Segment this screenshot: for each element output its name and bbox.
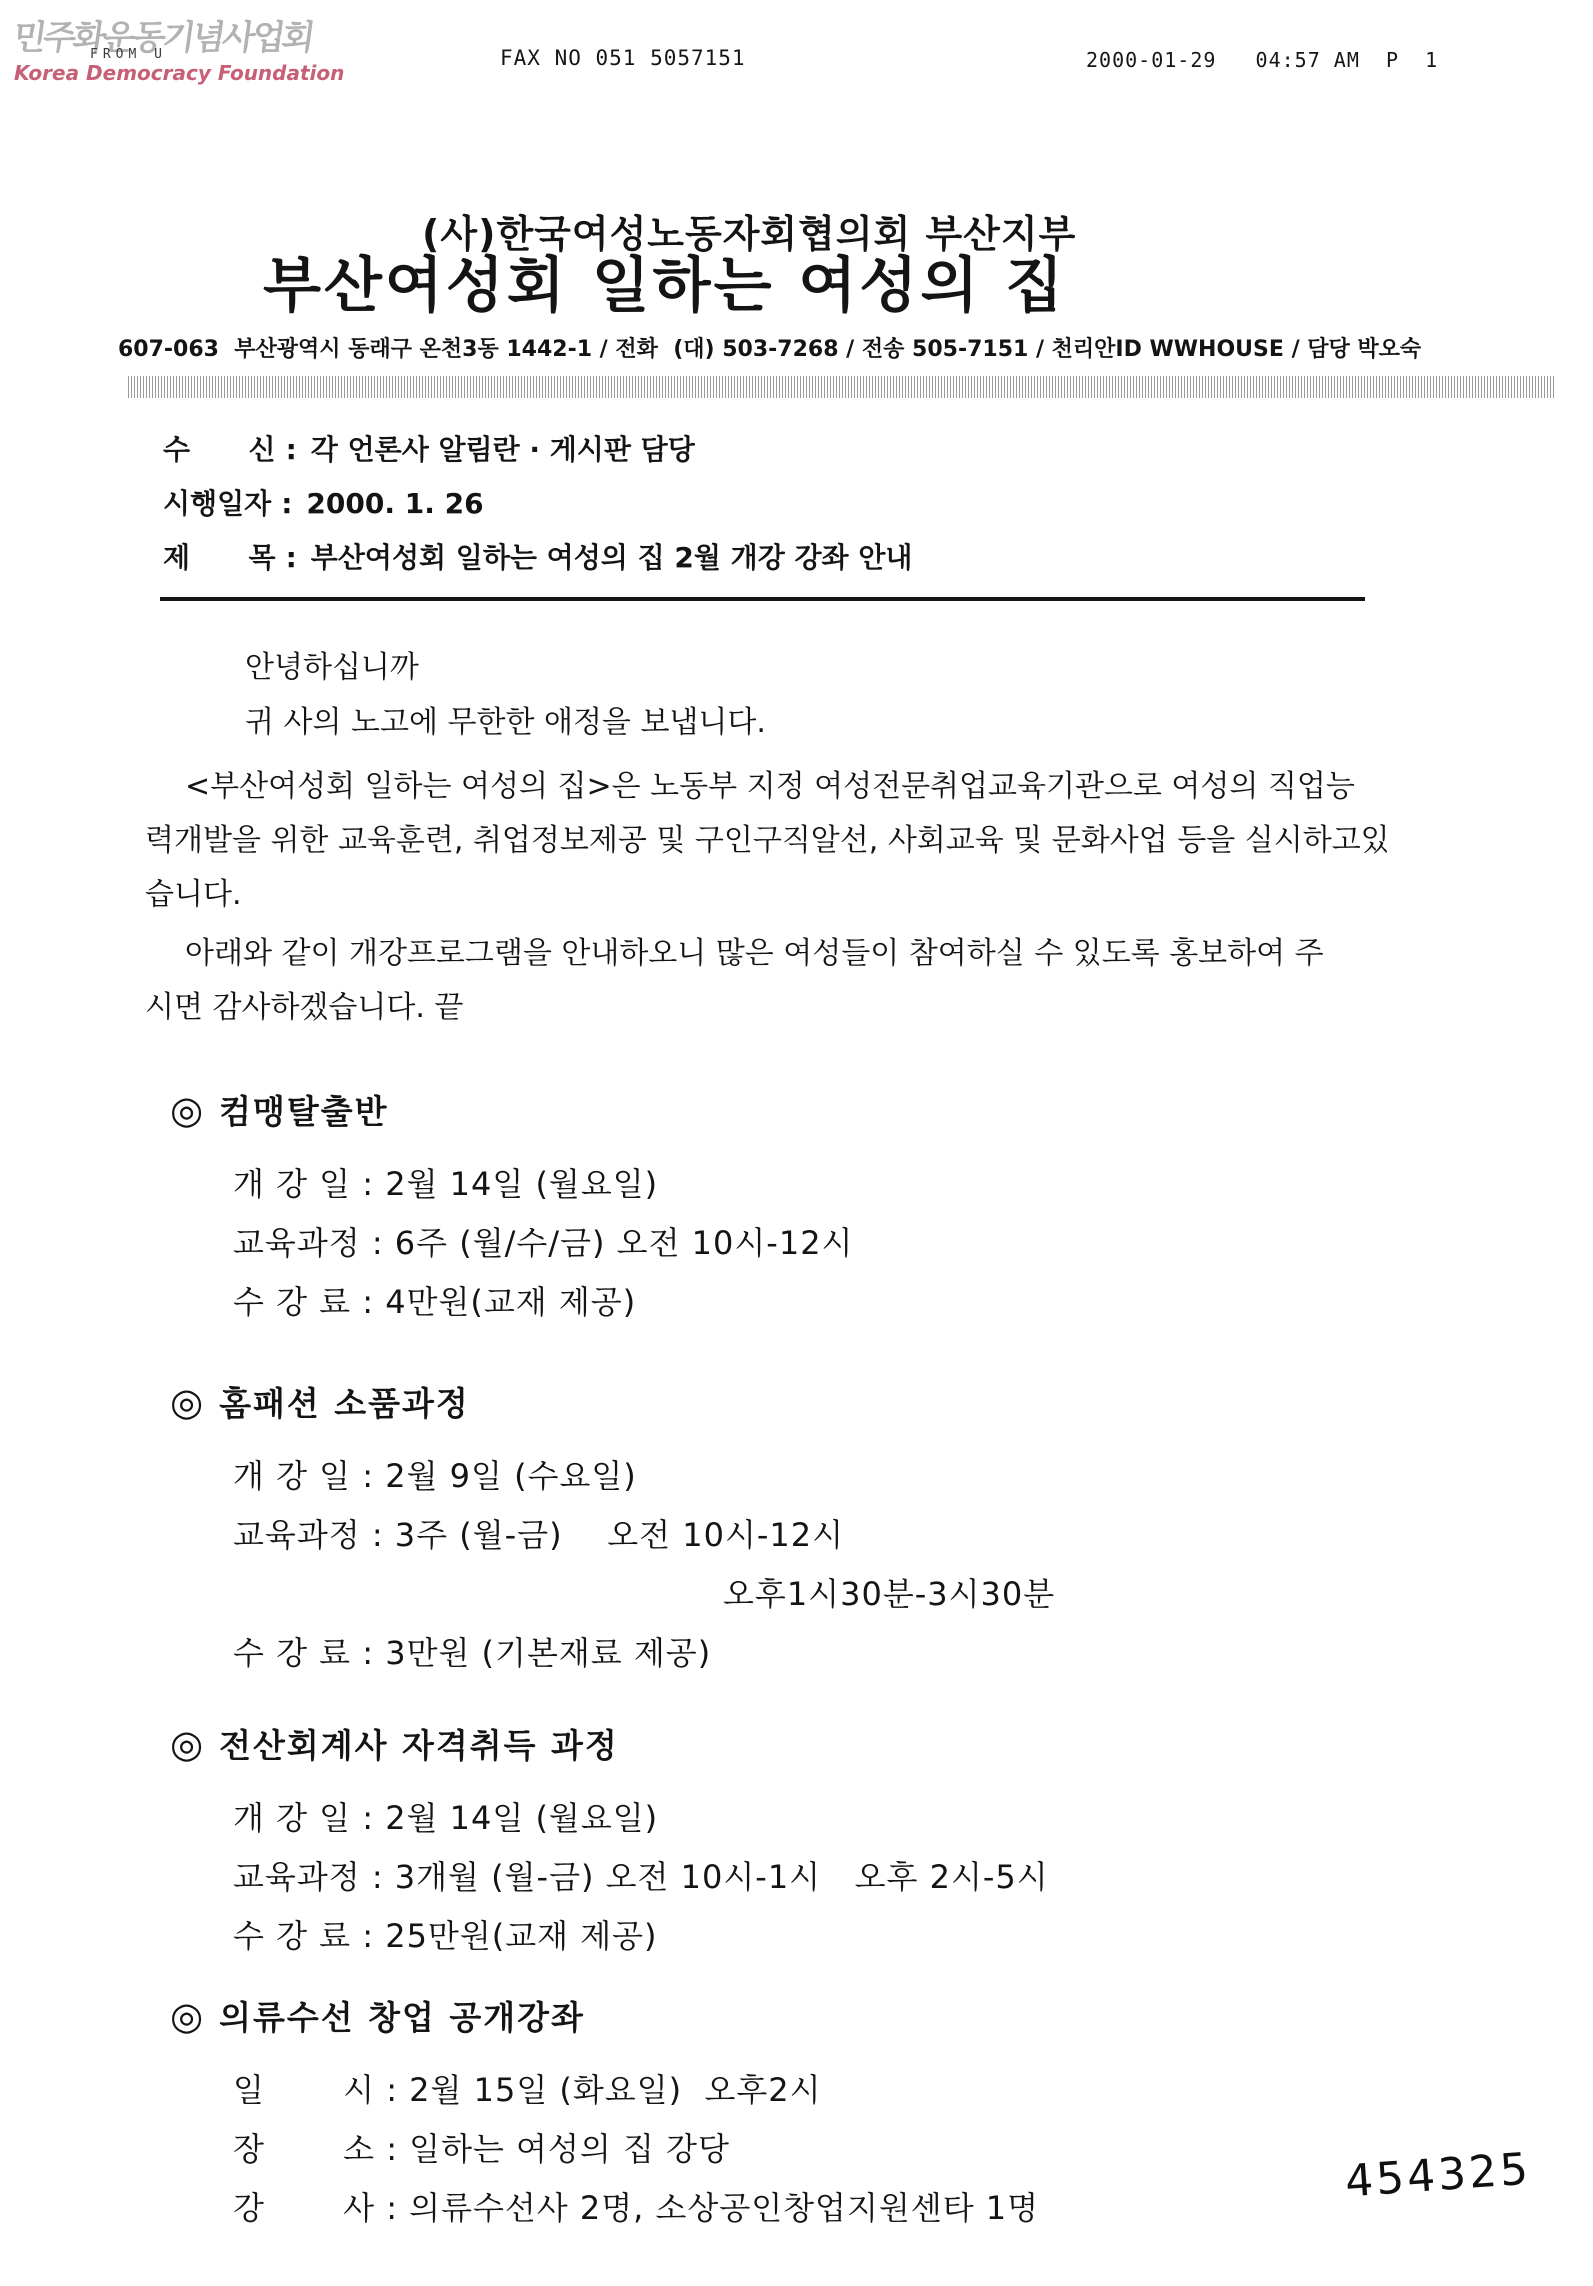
course-detail-line: 교육과정 : 6주 (월/수/금) 오전 10시-12시 xyxy=(233,1214,853,1273)
course-details: 일 시 : 2월 15일 (화요일) 오후2시 장 소 : 일하는 여성의 집 … xyxy=(233,2061,1039,2238)
course-detail-line: 수 강 료 : 25만원(교재 제공) xyxy=(233,1907,1049,1966)
request-paragraph: 아래와 같이 개강프로그램을 안내하오니 많은 여성들이 참여하실 수 있도록 … xyxy=(145,927,1324,1035)
document-title: 부산여성회 일하는 여성의 집 xyxy=(263,238,1066,324)
course-detail-line: 교육과정 : 3주 (월-금) 오전 10시-12시 xyxy=(233,1506,1055,1565)
paragraph-line: 습니다. xyxy=(145,868,1390,922)
document-meta-block: 수 신:각 언론사 알림란 · 게시판 담당 시행일자:2000. 1. 26 … xyxy=(163,430,912,592)
course-heading: ◎ 컴맹탈출반 xyxy=(170,1086,853,1133)
paragraph-line: 시면 감사하겠습니다. 끝 xyxy=(145,981,1324,1035)
course-detail-line: 수 강 료 : 3만원 (기본재료 제공) xyxy=(233,1624,1055,1683)
course-detail-line: 일 시 : 2월 15일 (화요일) 오후2시 xyxy=(233,2061,1039,2120)
course-detail-line: 개 강 일 : 2월 14일 (월요일) xyxy=(233,1155,853,1214)
course-detail-line: 교육과정 : 3개월 (월-금) 오전 10시-1시 오후 2시-5시 xyxy=(233,1848,1049,1907)
course-detail-line: 수 강 료 : 4만원(교재 제공) xyxy=(233,1273,853,1332)
subject-row: 제 목:부산여성회 일하는 여성의 집 2월 개강 강좌 안내 xyxy=(163,538,912,592)
greeting-line-2: 귀 사의 노고에 무한한 애정을 보냅니다. xyxy=(245,697,766,741)
paragraph-line: <부산여성회 일하는 여성의 집>은 노동부 지정 여성전문취업교육기관으로 여… xyxy=(145,760,1390,814)
double-circle-bullet-icon: ◎ xyxy=(170,1997,203,2035)
subject-value: 부산여성회 일하는 여성의 집 2월 개강 강좌 안내 xyxy=(311,541,913,574)
course-section-computer-accounting: ◎ 전산회계사 자격취득 과정 개 강 일 : 2월 14일 (월요일) 교육과… xyxy=(170,1720,1049,1966)
course-heading: ◎ 홈패션 소품과정 xyxy=(170,1378,1055,1425)
course-detail-line: 개 강 일 : 2월 9일 (수요일) xyxy=(233,1447,1055,1506)
course-title: 컴맹탈출반 xyxy=(219,1086,388,1133)
course-heading: ◎ 전산회계사 자격취득 과정 xyxy=(170,1720,1049,1767)
course-title: 의류수선 창업 공개강좌 xyxy=(219,1992,585,2039)
course-detail-line-continuation: 오후1시30분-3시30분 xyxy=(233,1565,1055,1624)
fax-datetime-header: 2000-01-29 04:57 AM P 1 xyxy=(1086,48,1438,72)
recipient-row: 수 신:각 언론사 알림란 · 게시판 담당 xyxy=(163,430,912,484)
address-contact-line: 607-063 부산광역시 동래구 온천3동 1442-1 / 전화 (대) 5… xyxy=(118,332,1421,363)
paragraph-line: 아래와 같이 개강프로그램을 안내하오니 많은 여성들이 참여하실 수 있도록 … xyxy=(145,927,1324,981)
course-section-computer-class: ◎ 컴맹탈출반 개 강 일 : 2월 14일 (월요일) 교육과정 : 6주 (… xyxy=(170,1086,853,1332)
course-title: 전산회계사 자격취득 과정 xyxy=(219,1720,619,1767)
colon: : xyxy=(271,487,306,520)
subject-label: 제 목 xyxy=(163,541,276,574)
course-detail-line: 장 소 : 일하는 여성의 집 강당 xyxy=(233,2120,1039,2179)
sent-date-label: 시행일자 xyxy=(163,487,271,520)
course-details: 개 강 일 : 2월 9일 (수요일) 교육과정 : 3주 (월-금) 오전 1… xyxy=(233,1447,1055,1683)
recipient-label: 수 신 xyxy=(163,433,276,466)
handwritten-archive-number: 454325 xyxy=(1343,2144,1532,2208)
course-detail-line: 강 사 : 의류수선사 2명, 소상공인창업지원센타 1명 xyxy=(233,2179,1039,2238)
course-title: 홈패션 소품과정 xyxy=(219,1378,470,1425)
fax-from-text: FROM U xyxy=(90,47,167,62)
kdf-english-logo: Korea Democracy Foundation xyxy=(14,61,344,85)
fax-document-page: 민주화운동기념사업회 FROM U Korea Democracy Founda… xyxy=(0,0,1593,2286)
paragraph-line: 력개발을 위한 교육훈련, 취업정보제공 및 구인구직알선, 사회교육 및 문화… xyxy=(145,814,1390,868)
double-circle-bullet-icon: ◎ xyxy=(170,1725,203,1763)
greeting-line-1: 안녕하십니까 xyxy=(245,642,419,686)
horizontal-rule xyxy=(160,597,1365,601)
sent-date-row: 시행일자:2000. 1. 26 xyxy=(163,484,912,538)
course-details: 개 강 일 : 2월 14일 (월요일) 교육과정 : 3개월 (월-금) 오전… xyxy=(233,1789,1049,1966)
course-details: 개 강 일 : 2월 14일 (월요일) 교육과정 : 6주 (월/수/금) 오… xyxy=(233,1155,853,1332)
halftone-divider-band xyxy=(128,376,1556,398)
fax-number-header: FAX NO 051 5057151 xyxy=(500,46,746,70)
course-heading: ◎ 의류수선 창업 공개강좌 xyxy=(170,1992,1039,2039)
colon: : xyxy=(276,433,311,466)
course-section-home-fashion: ◎ 홈패션 소품과정 개 강 일 : 2월 9일 (수요일) 교육과정 : 3주… xyxy=(170,1378,1055,1683)
course-section-clothing-repair-lecture: ◎ 의류수선 창업 공개강좌 일 시 : 2월 15일 (화요일) 오후2시 장… xyxy=(170,1992,1039,2238)
double-circle-bullet-icon: ◎ xyxy=(170,1091,203,1129)
intro-paragraph: <부산여성회 일하는 여성의 집>은 노동부 지정 여성전문취업교육기관으로 여… xyxy=(145,760,1390,922)
double-circle-bullet-icon: ◎ xyxy=(170,1383,203,1421)
recipient-value: 각 언론사 알림란 · 게시판 담당 xyxy=(311,433,695,466)
sent-date-value: 2000. 1. 26 xyxy=(306,487,483,520)
course-detail-line: 개 강 일 : 2월 14일 (월요일) xyxy=(233,1789,1049,1848)
colon: : xyxy=(276,541,311,574)
